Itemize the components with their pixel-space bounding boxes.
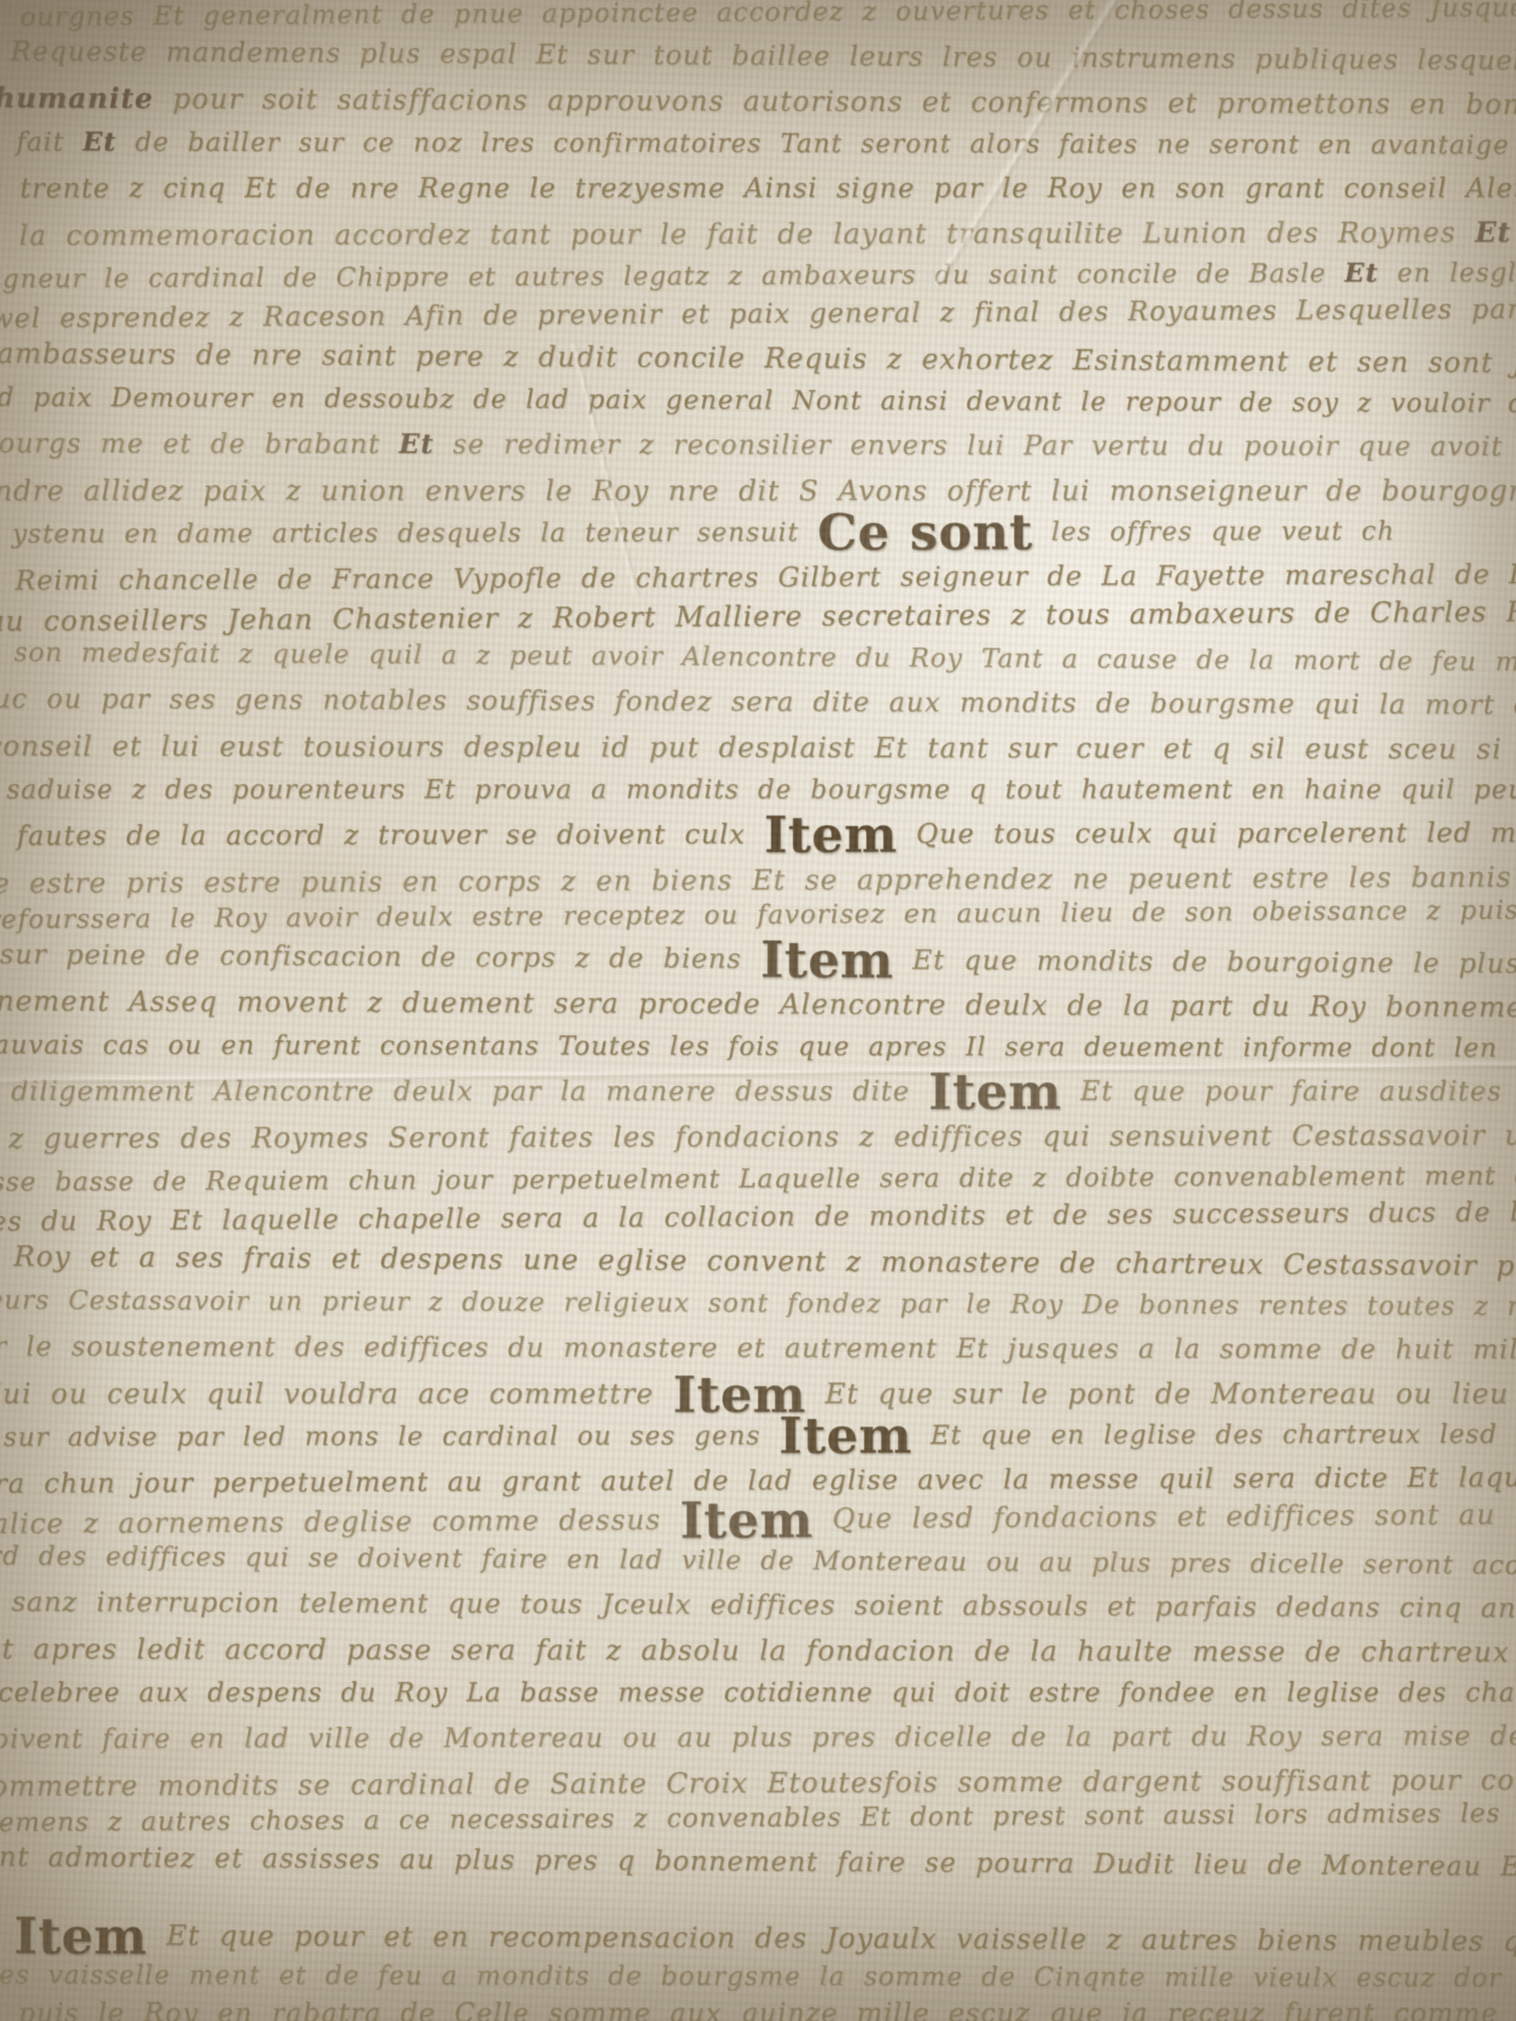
manuscript-text-segment: Et que pour et en recompensacion des Joy…	[147, 1919, 1516, 1959]
manuscript-text-segment: les offres que veut ch	[1033, 516, 1395, 547]
manuscript-text-segment: lad paix Demourer en dessoubz de lad pai…	[0, 382, 1516, 419]
manuscript-line: mes vaisselle ment et de feu a mondits d…	[0, 1962, 1516, 1993]
manuscript-text-segment: doivent faire en lad ville de Montereau …	[0, 1720, 1516, 1755]
illuminated-word: Item	[764, 805, 897, 864]
manuscript-line: eau conseillers Jehan Chastenier z Rober…	[0, 595, 1516, 636]
manuscript-line: onnement Asseq movent z duement sera pro…	[0, 986, 1516, 1023]
manuscript-line: on fait Et de bailler sur ce noz lres co…	[0, 129, 1516, 160]
manuscript-line: bourgs me et de brabant Et se redimer z …	[0, 430, 1516, 462]
manuscript-text-segment: pour soit satisffacions approuvons autor…	[154, 82, 1516, 122]
manuscript-line: z celebree aux despens du Roy La basse m…	[0, 1680, 1516, 1707]
manuscript-text-segment: Que lesd fondacions et ediffices sont au…	[813, 1497, 1516, 1535]
illuminated-word: Ce sont	[817, 502, 1033, 561]
manuscript-line: n la commemoracion accordez tant pour le…	[0, 217, 1516, 250]
manuscript-text-segment: tost apres ledit accord passe sera fait …	[0, 1632, 1516, 1669]
manuscript-text-segment: a commettre mondits se cardinal de Saint…	[0, 1762, 1516, 1803]
manuscript-text-segment: le Roy et a ses frais et despens une egl…	[0, 1239, 1516, 1283]
manuscript-line: z diligemment Alencontre deulx par la ma…	[0, 1078, 1516, 1106]
manuscript-text-segment: Que tous ceulx qui parcelerent led mauva…	[897, 817, 1516, 850]
manuscript-text-segment: mes vaisselle ment et de feu a mondits d…	[0, 1960, 1516, 1994]
manuscript-line: et fautes de la accord z trouver se doiv…	[0, 819, 1516, 851]
manuscript-text-segment: Et	[1475, 216, 1512, 249]
manuscript-line: d humanite pour soit satisffacions appro…	[0, 83, 1516, 120]
manuscript-text-segment: en lesglises du	[1378, 257, 1516, 288]
manuscript-line: r duc ou par ses gens notables souffises…	[0, 685, 1516, 721]
manuscript-text-segment: e puis le Roy en rabatra de Celle somme …	[0, 1998, 1516, 2021]
manuscript-line: re sur peine de confiscacion de corps z …	[0, 941, 1516, 980]
manuscript-text-segment: de Reimi chancelle de France Vypofle de …	[0, 558, 1516, 596]
manuscript-text-segment: a son medesfait z quele quil a z peut av…	[0, 638, 1516, 679]
illuminated-word: Item	[680, 1490, 814, 1550]
manuscript-text-segment: r duc ou par ses gens notables souffises…	[0, 683, 1516, 722]
manuscript-text-segment: re estre pris estre punis en corps z en …	[0, 859, 1516, 900]
manuscript-line: et sur advise par led mons le cardinal o…	[0, 1421, 1516, 1452]
manuscript-text-segment: eau conseillers Jehan Chastenier z Rober…	[0, 593, 1516, 637]
manuscript-line: doivent faire en lad ville de Montereau …	[0, 1722, 1516, 1754]
manuscript-text-segment: egard des ediffices qui se doivent faire…	[0, 1541, 1516, 1581]
manuscript-line: ont z guerres des Roymes Seront faites l…	[0, 1120, 1516, 1153]
manuscript-photograph: ourgnes Et generalment de pnue appoincte…	[0, 0, 1516, 2021]
manuscript-line: onnemens z autres choses a ce necessaire…	[0, 1800, 1516, 1838]
manuscript-text-segment: Et	[83, 127, 117, 157]
manuscript-line: prendre allidez paix z union envers le R…	[0, 476, 1516, 505]
manuscript-line: cellui ou ceulx quil vouldra ace commett…	[0, 1379, 1516, 1408]
manuscript-text-segment: t z sanz interrupcion telement que tous …	[0, 1586, 1516, 1624]
manuscript-text-segment: pres du Roy Et laquelle chapelle sera a …	[0, 1195, 1516, 1237]
illuminated-word: Item	[779, 1406, 912, 1465]
illuminated-word: Item	[929, 1062, 1062, 1121]
manuscript-text-segment: Et	[1344, 259, 1378, 289]
manuscript-text-segment: nsi ystenu en dame articles desquels la …	[0, 518, 817, 550]
manuscript-text-segment: cellui ou ceulx quil vouldra ace commett…	[0, 1377, 673, 1410]
manuscript-line: et refourssera le Roy avoir deulx estre …	[0, 897, 1516, 935]
manuscript-line: ourgnes Et generalment de pnue appoincte…	[20, 0, 1516, 32]
manuscript-line: calice z aornemens deglise comme dessus …	[0, 1499, 1516, 1539]
manuscript-line: ment admortiez et assisses au plus pres …	[0, 1843, 1516, 1883]
manuscript-text-segment: et sur advise par led mons le cardinal o…	[0, 1421, 779, 1453]
manuscript-text-segment: Et que pour faire ausdites fondacions	[1062, 1076, 1516, 1107]
manuscript-line: re estre pris estre punis en corps z en …	[0, 861, 1516, 898]
manuscript-text-segment: ourgnes Et generalment de pnue appoincte…	[20, 0, 1516, 32]
manuscript-text-segment: mauvais cas ou en furent consentans Tout…	[0, 1030, 1516, 1064]
manuscript-line: lad paix Demourer en dessoubz de lad pai…	[0, 384, 1516, 418]
manuscript-text-segment: teurs Cestassavoir un prieur z douze rel…	[0, 1285, 1516, 1322]
manuscript-text-segment: on fait	[0, 127, 83, 157]
manuscript-line: a son medesfait z quele quil a z peut av…	[0, 640, 1516, 678]
manuscript-line: z conseil et lui eust tousiours despleu …	[0, 731, 1516, 764]
manuscript-text-segment: duwel esprendez z Raceson Afin de preven…	[0, 292, 1516, 334]
manuscript-text-segment: z conseil et lui eust tousiours despleu …	[0, 729, 1516, 766]
manuscript-text-segment: z ambasseurs de nre saint pere z dudit c…	[0, 336, 1516, 380]
manuscript-text-segment: Et	[399, 429, 434, 460]
manuscript-text-segment: z diligemment Alencontre deulx par la ma…	[0, 1076, 929, 1107]
manuscript-text-layer: ourgnes Et generalment de pnue appoincte…	[0, 0, 1516, 2021]
manuscript-line: sse Requeste mandemens plus espal Et sur…	[0, 38, 1516, 77]
illuminated-word: Item	[14, 1906, 147, 1966]
manuscript-text-segment: onnement Asseq movent z duement sera pro…	[0, 984, 1516, 1025]
manuscript-text-segment: Et que sur le pont de Montereau ou lieu …	[806, 1377, 1516, 1410]
manuscript-text-segment: et saduise z des pourenteurs Et prouva a…	[0, 775, 1516, 805]
manuscript-text-segment: pour le soustenement des ediffices du mo…	[0, 1331, 1516, 1366]
manuscript-text-segment: n la commemoracion accordez tant pour le…	[0, 216, 1475, 252]
manuscript-text-segment: d humanite	[0, 81, 154, 115]
manuscript-line: pour le soustenement des ediffices du mo…	[0, 1333, 1516, 1365]
manuscript-line: e puis le Roy en rabatra de Celle somme …	[0, 2000, 1516, 2021]
manuscript-line: mauvais cas ou en furent consentans Tout…	[0, 1032, 1516, 1063]
manuscript-line: messe basse de Requiem chun jour perpetu…	[0, 1162, 1516, 1197]
manuscript-line: nsi ystenu en dame articles desquels la …	[0, 518, 1395, 548]
manuscript-text-segment: bourgs me et de brabant	[0, 428, 399, 460]
manuscript-line: egard des ediffices qui se doivent faire…	[0, 1543, 1516, 1581]
manuscript-text-segment: Et que en leglise des chartreux lesd hab…	[912, 1419, 1516, 1451]
manuscript-line: et trente z cinq Et de nre Regne le trez…	[0, 175, 1516, 203]
manuscript-text-segment: et fautes de la accord z trouver se doiv…	[0, 819, 764, 852]
manuscript-text-segment: calice z aornemens deglise comme dessus	[0, 1503, 680, 1540]
manuscript-text-segment: messe basse de Requiem chun jour perpetu…	[0, 1160, 1516, 1197]
manuscript-line: le Roy et a ses frais et despens une egl…	[0, 1241, 1516, 1282]
manuscript-line: Item Et que pour et en recompensacion de…	[14, 1920, 1516, 1957]
manuscript-text-segment: ment admortiez et assisses au plus pres …	[0, 1841, 1516, 1883]
manuscript-text-segment: et trente z cinq Et de nre Regne le trez…	[0, 173, 1516, 204]
manuscript-text-segment: onnemens z autres choses a ce necessaire…	[0, 1798, 1516, 1839]
manuscript-text-segment: sse Requeste mandemens plus espal Et sur…	[0, 36, 1516, 78]
manuscript-text-segment: fiet seront lad	[1511, 215, 1516, 249]
manuscript-line: tost apres ledit accord passe sera fait …	[0, 1634, 1516, 1667]
manuscript-text-segment: ont z guerres des Roymes Seront faites l…	[0, 1118, 1516, 1155]
manuscript-line: nseigneur le cardinal de Chippre et autr…	[0, 259, 1516, 293]
manuscript-line: z ambasseurs de nre saint pere z dudit c…	[0, 338, 1516, 379]
manuscript-text-segment: z celebree aux despens du Roy La basse m…	[0, 1678, 1516, 1708]
manuscript-line: teurs Cestassavoir un prieur z douze rel…	[0, 1287, 1516, 1322]
manuscript-line: duwel esprendez z Raceson Afin de preven…	[0, 294, 1516, 334]
manuscript-line: et saduise z des pourenteurs Et prouva a…	[0, 777, 1516, 804]
manuscript-text-segment: prendre allidez paix z union envers le R…	[0, 474, 1516, 507]
manuscript-text-segment: se redimer z reconsilier envers lui Par …	[434, 429, 1516, 463]
manuscript-text-segment: et refourssera le Roy avoir deulx estre …	[0, 895, 1516, 936]
illuminated-word: Item	[760, 930, 894, 990]
manuscript-line: de Reimi chancelle de France Vypofle de …	[0, 560, 1516, 596]
manuscript-line: t z sanz interrupcion telement que tous …	[0, 1588, 1516, 1624]
manuscript-text-segment: de bailler sur ce noz lres confirmatoire…	[117, 128, 1516, 161]
manuscript-text-segment: Et que mondits de bourgoigne le plus bri…	[894, 945, 1516, 980]
manuscript-text-segment: nseigneur le cardinal de Chippre et autr…	[0, 259, 1345, 295]
manuscript-line: pres du Roy Et laquelle chapelle sera a …	[0, 1197, 1516, 1237]
manuscript-text-segment: re sur peine de confiscacion de corps z …	[0, 939, 761, 975]
manuscript-line: a commettre mondits se cardinal de Saint…	[0, 1764, 1516, 1801]
